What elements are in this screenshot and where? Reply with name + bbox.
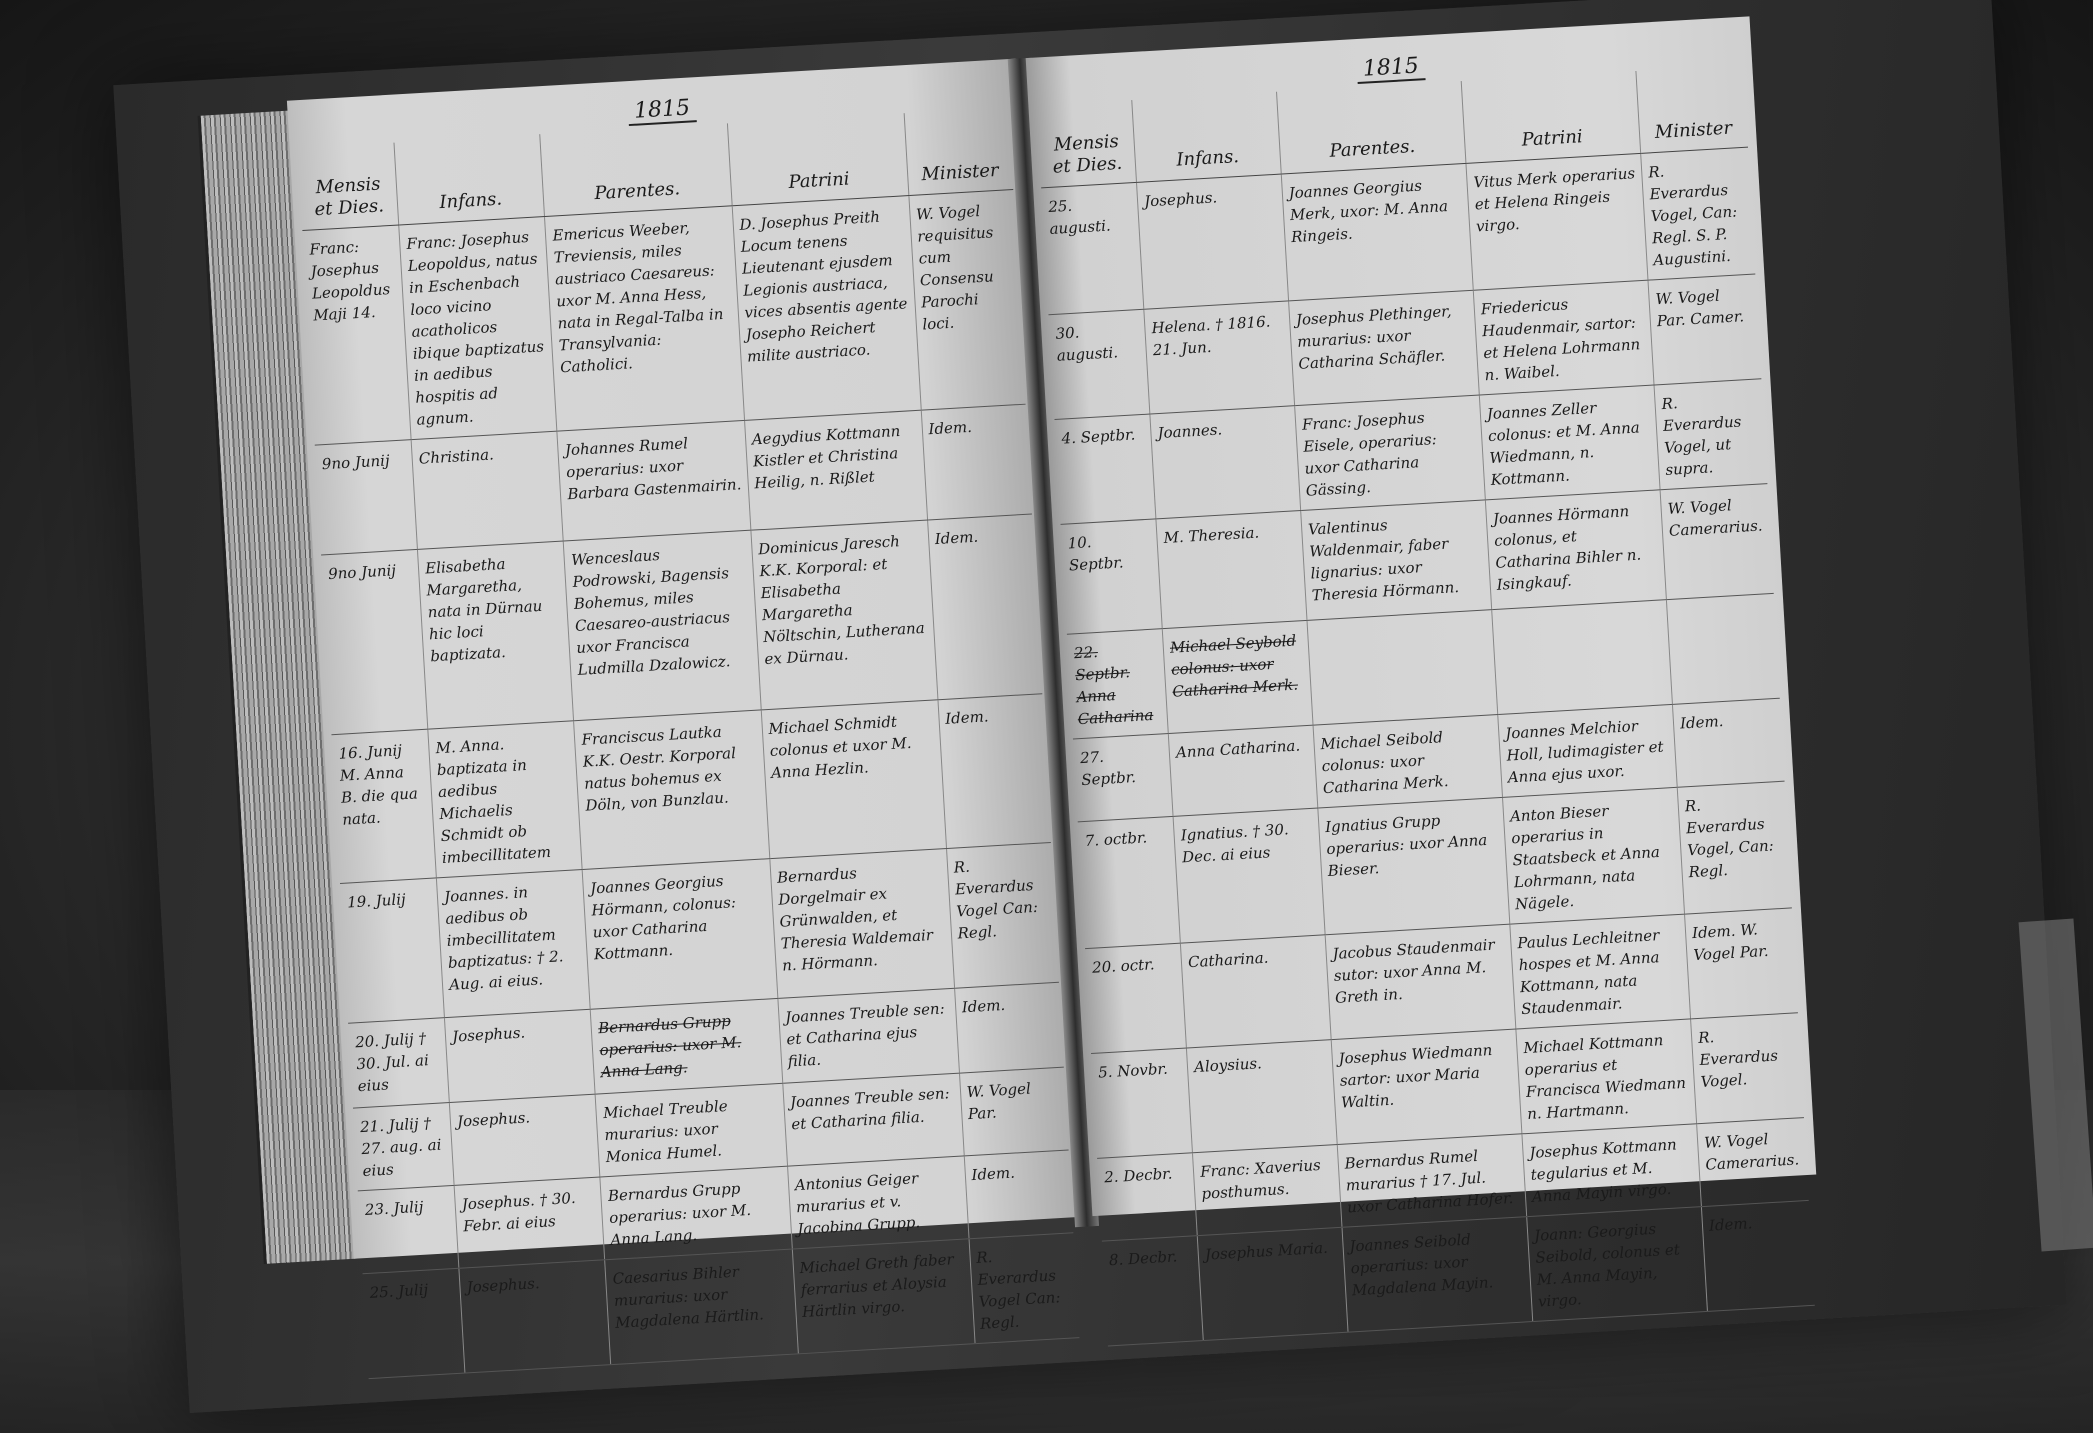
cell-patrini: Joannes Treuble sen: et Catharina ejus f… [778,988,960,1083]
cell-parentes: Franc: Josephus Eisele, operarius: uxor … [1294,395,1485,510]
open-register-book: 1815 Mensis et Dies. Infans. Parentes. P… [197,16,1823,1294]
cell-date: Franc: Josephus Leopoldus Maji 14. [302,225,411,445]
cell-parentes: Franciscus Lautka K.K. Oestr. Korporal n… [574,710,769,870]
header-date: Mensis et Dies. [1036,100,1136,188]
cell-patrini: Paulus Lechleitner hospes et M. Anna Kot… [1510,914,1691,1029]
cell-minister: Idem. [1672,698,1784,787]
cell-infans: Michael Seybold colonus: uxor Catharina … [1162,620,1312,733]
cell-date: 23. Julij [358,1185,459,1273]
cell-patrini: Antonius Geiger murarius et v. Jacobina … [787,1156,968,1249]
cell-infans: Joannes. in aedibus ob imbecillitatem ba… [437,869,591,1017]
cell-date: 4. Septbr. [1055,414,1156,524]
cell-minister: R. Everardus Vogel, ut supra. [1654,379,1767,490]
cell-parentes: Emericus Weeber, Treviensis, miles austr… [545,206,744,431]
cell-minister: R. Everardus Vogel, Can: Regl. [1677,781,1792,914]
cell-date: 7. octbr. [1078,816,1181,948]
cell-parentes: Wenceslaus Podrowski, Bagensis Bohemus, … [564,530,761,720]
cell-patrini: Josephus Kottmann tegularius et M. Anna … [1522,1124,1702,1217]
left-rows: Franc: Josephus Leopoldus Maji 14.Franc:… [302,190,1079,1379]
header-infans: Infans. [394,134,545,225]
cell-patrini: Joannes Melchior Holl, ludimagister et A… [1498,704,1678,797]
cell-parentes: Johannes Rumel operarius: uxor Barbara G… [557,420,750,541]
cell-infans: Franc: Josephus Leopoldus, natus in Esch… [399,217,557,440]
left-page: 1815 Mensis et Dies. Infans. Parentes. P… [287,59,1083,1259]
cell-minister: Idem. W. Vogel Par. [1685,908,1798,1019]
cell-parentes: Jacobus Staudenmair sutor: uxor Anna M. … [1325,924,1516,1039]
cell-date: 16. Junij M. Anna B. die qua nata. [331,729,436,883]
cell-date: 20. Julij † 30. Jul. ai eius [348,1018,449,1108]
cell-parentes: Michael Treuble murarius: uxor Monica Hu… [596,1083,788,1177]
year-heading: 1815 [627,95,696,126]
cell-patrini: Friedericus Haudenmair, sartor: et Helen… [1473,280,1654,395]
cell-date: 25. augusti. [1041,182,1144,314]
cell-date: 2. Decbr. [1097,1153,1197,1241]
cell-parentes: Bernardus Grupp operarius: uxor M. Anna … [591,998,783,1094]
cell-date: 5. Novbr. [1091,1048,1192,1158]
cell-infans: Josephus. [450,1094,601,1185]
right-page: 1815 Mensis et Dies. Infans. Parentes. P… [1026,16,1817,1216]
cell-minister: W. Vogel Camerarius. [1697,1118,1809,1207]
cell-minister: Idem. [954,982,1064,1073]
cell-parentes: Bernardus Rumel murarius † 17. Jul. uxor… [1337,1134,1527,1228]
cell-parentes: Bernardus Grupp operarius: uxor M. Anna … [600,1166,792,1260]
year-heading: 1815 [1356,53,1425,84]
cell-date: 30. augusti. [1048,309,1149,419]
cell-parentes: Joannes Georgius Hörmann, colonus: uxor … [583,859,778,1010]
cell-infans: Josephus. [445,1009,596,1102]
cell-infans: Josephus Maria. [1197,1227,1347,1340]
cell-patrini: Joannes Zeller colonus: et M. Anna Wiedm… [1479,385,1660,500]
cell-minister: W. Vogel Par. Camer. [1648,274,1761,385]
cell-patrini: Joann: Georgius Seibold, colonus et M. A… [1527,1207,1708,1322]
cell-date: 20. octr. [1085,943,1186,1053]
header-date: Mensis et Dies. [298,143,399,231]
cell-parentes: Joannes Georgius Merk, uxor: M. Anna Rin… [1281,163,1473,300]
cell-minister [1666,593,1779,704]
cell-minister: W. Vogel requisitus cum Consensu Parochi… [909,190,1026,411]
cell-parentes: Josephus Plethinger, murarius: uxor Cath… [1288,290,1479,405]
right-rows: 25. augusti.Josephus.Joannes Georgius Me… [1041,147,1815,1346]
cell-patrini: Michael Schmidt colonus et uxor M. Anna … [761,700,946,859]
cell-infans: Ignatius. † 30. Dec. ai eius [1173,808,1325,943]
cell-patrini: Joannes Hörmann colonus, et Catharina Bi… [1485,490,1666,610]
cell-patrini: Michael Kottmann operarius et Francisca … [1516,1019,1697,1134]
header-minister: Minister [904,107,1013,195]
cell-minister: R. Everardus Vogel. [1691,1013,1804,1124]
cell-infans: Josephus. † 30. Febr. ai eius [454,1177,605,1268]
cell-patrini: Anton Bieser operarius in Staatsbeck et … [1502,787,1684,924]
cell-infans: Josephus. [1137,174,1289,309]
cell-patrini: Vitus Merk operarius et Helena Ringeis v… [1466,153,1648,290]
cell-minister: R. Everardus Vogel Can: Regl. [969,1233,1080,1344]
cell-minister: R. Everardus Vogel, Can: Regl. S. P. Aug… [1641,147,1756,280]
cell-parentes: Valentinus Waldenmair, faber lignarius: … [1300,500,1491,620]
cell-date: 27. Septbr. [1073,734,1173,822]
cell-minister: W. Vogel Camerarius. [1660,484,1774,600]
cell-minister: Idem. [927,514,1042,700]
header-infans: Infans. [1132,92,1281,183]
cell-patrini: Aegydius Kottmann Kistler et Christina H… [744,410,927,530]
cell-infans: Catharina. [1180,935,1330,1048]
header-patrini: Patrini [1461,71,1641,163]
cell-infans: Anna Catharina. [1168,725,1317,816]
cell-date: 19. Julij [340,878,445,1023]
cell-minister: R. Everardus Vogel Can: Regl. [946,842,1059,988]
header-minister: Minister [1636,65,1748,154]
cell-patrini: Michael Greth faber ferrarius et Aloysia… [792,1239,975,1354]
cell-parentes: Caesarius Bihler murarius: uxor Magdalen… [605,1249,798,1365]
cell-infans: M. Theresia. [1156,511,1307,629]
header-patrini: Patrini [727,113,908,206]
cell-minister: Idem. [964,1150,1073,1239]
cell-infans: Christina. [411,431,563,549]
cell-minister: W. Vogel Par. [959,1067,1068,1156]
cell-infans: Aloysius. [1187,1040,1337,1153]
cell-minister: Idem. [938,694,1051,849]
cell-minister: Idem. [1701,1200,1814,1311]
cell-patrini [1492,600,1673,715]
cell-infans: Elisabetha Margaretha, nata in Dürnau hi… [418,541,574,729]
register-table-left: Mensis et Dies. Infans. Parentes. Patrin… [298,107,1080,1379]
cell-date: 9no Junij [321,549,428,734]
cell-parentes: Michael Seibold colonus: uxor Catharina … [1313,715,1503,809]
register-entry: Franc: Josephus Leopoldus Maji 14.Franc:… [302,190,1025,446]
cell-parentes: Joannes Seibold operarius: uxor Magdalen… [1342,1217,1533,1332]
cell-minister: Idem. [921,404,1032,520]
header-parentes: Parentes. [540,123,732,216]
cell-patrini: Joannes Treuble sen: et Catharina filia. [782,1073,963,1166]
cell-date: 10. Septbr. [1061,519,1163,634]
cell-date: 22. Septbr. Anna Catharina [1067,629,1168,739]
cell-infans: Josephus. [459,1260,611,1373]
cell-infans: Joannes. [1150,406,1300,519]
cell-patrini: D. Josephus Preith Locum tenens Lieutena… [732,196,921,421]
cell-infans: M. Anna. baptizata in aedibus Michaelis … [428,721,583,878]
cell-date: 8. Decbr. [1102,1236,1203,1346]
header-parentes: Parentes. [1276,81,1466,174]
cell-parentes: Josephus Wiedmann sartor: uxor Maria Wal… [1331,1029,1522,1144]
cell-date: 25. Julij [363,1268,466,1378]
cell-parentes: Ignatius Grupp operarius: uxor Anna Bies… [1318,797,1510,934]
cell-patrini: Bernardus Dorgelmair ex Grünwalden, et T… [769,848,954,998]
cell-date: 9no Junij [315,440,418,555]
cell-infans: Helena. † 1816. 21. Jun. [1144,301,1294,414]
cell-infans: Franc: Xaverius posthumus. [1193,1144,1342,1235]
cell-patrini: Dominicus Jaresch K.K. Korporal: et Elis… [751,520,938,710]
register-table-right: Mensis et Dies. Infans. Parentes. Patrin… [1036,65,1814,1347]
cell-parentes [1307,610,1498,725]
cell-date: 21. Julij † 27. aug. ai eius [353,1103,454,1191]
